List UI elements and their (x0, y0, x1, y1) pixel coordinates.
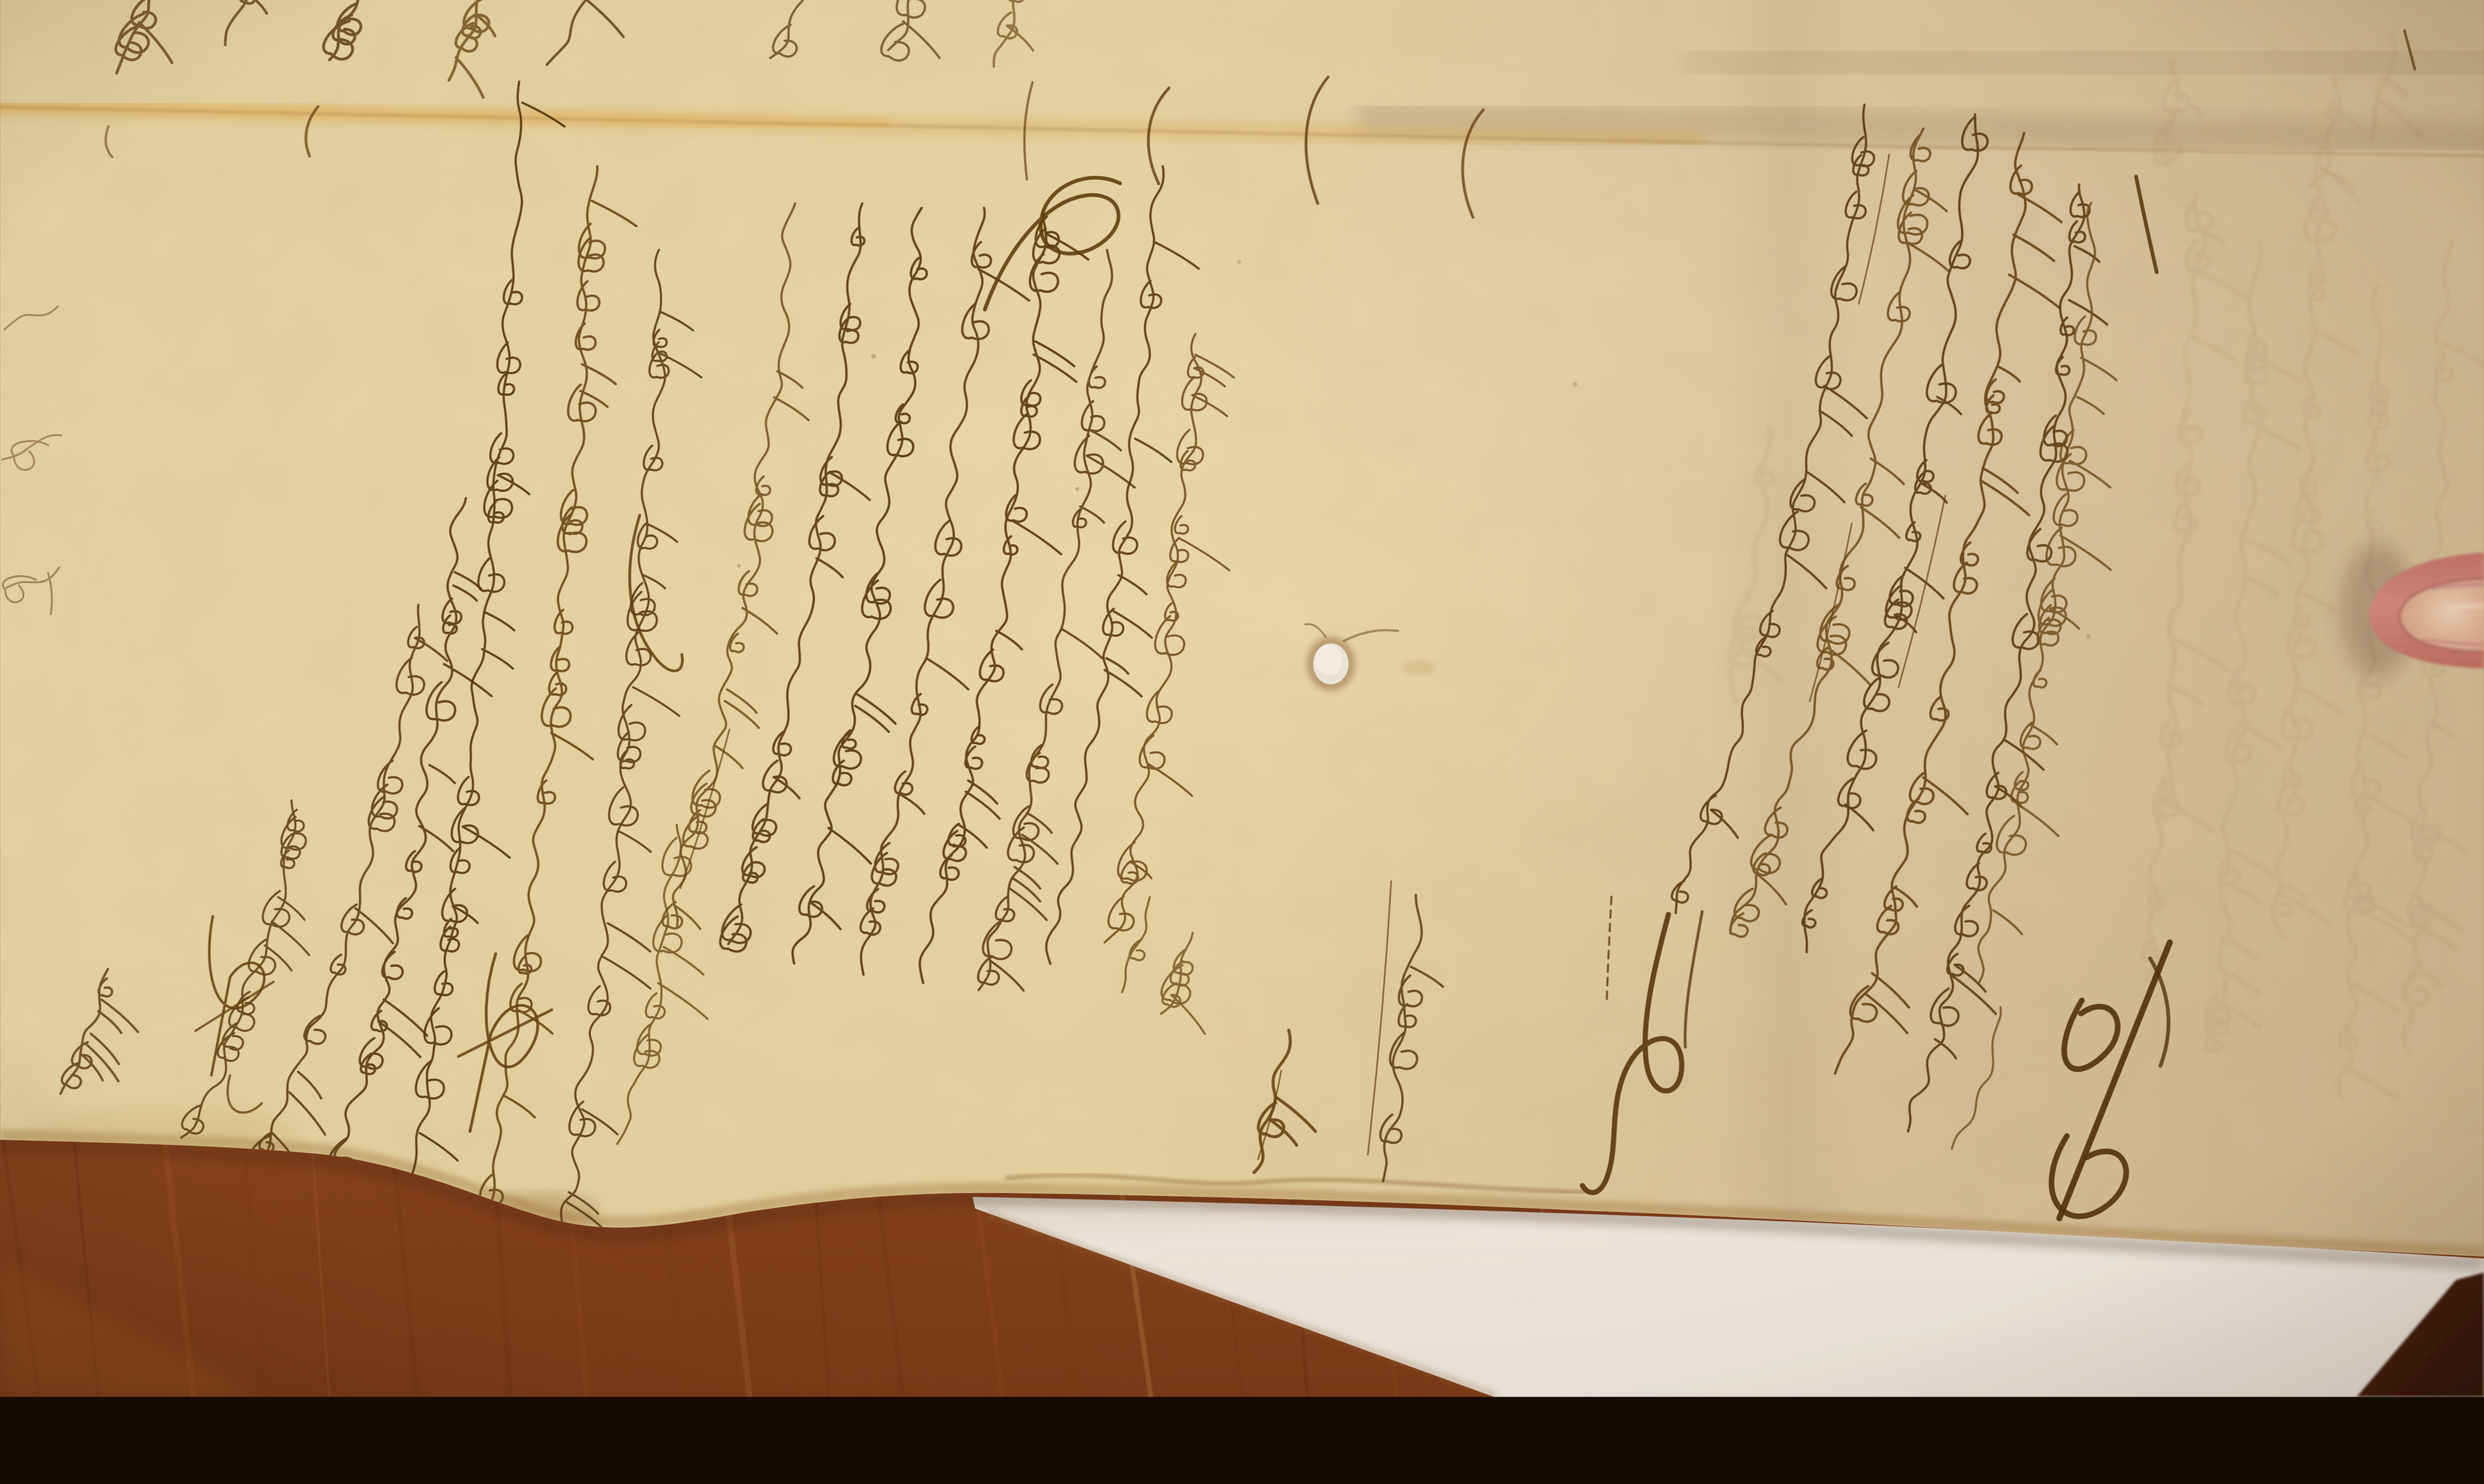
photo-vignette (0, 0, 2484, 1397)
photo-manuscript-on-table: Photograph of an aged handwritten manusc… (0, 0, 2484, 1397)
